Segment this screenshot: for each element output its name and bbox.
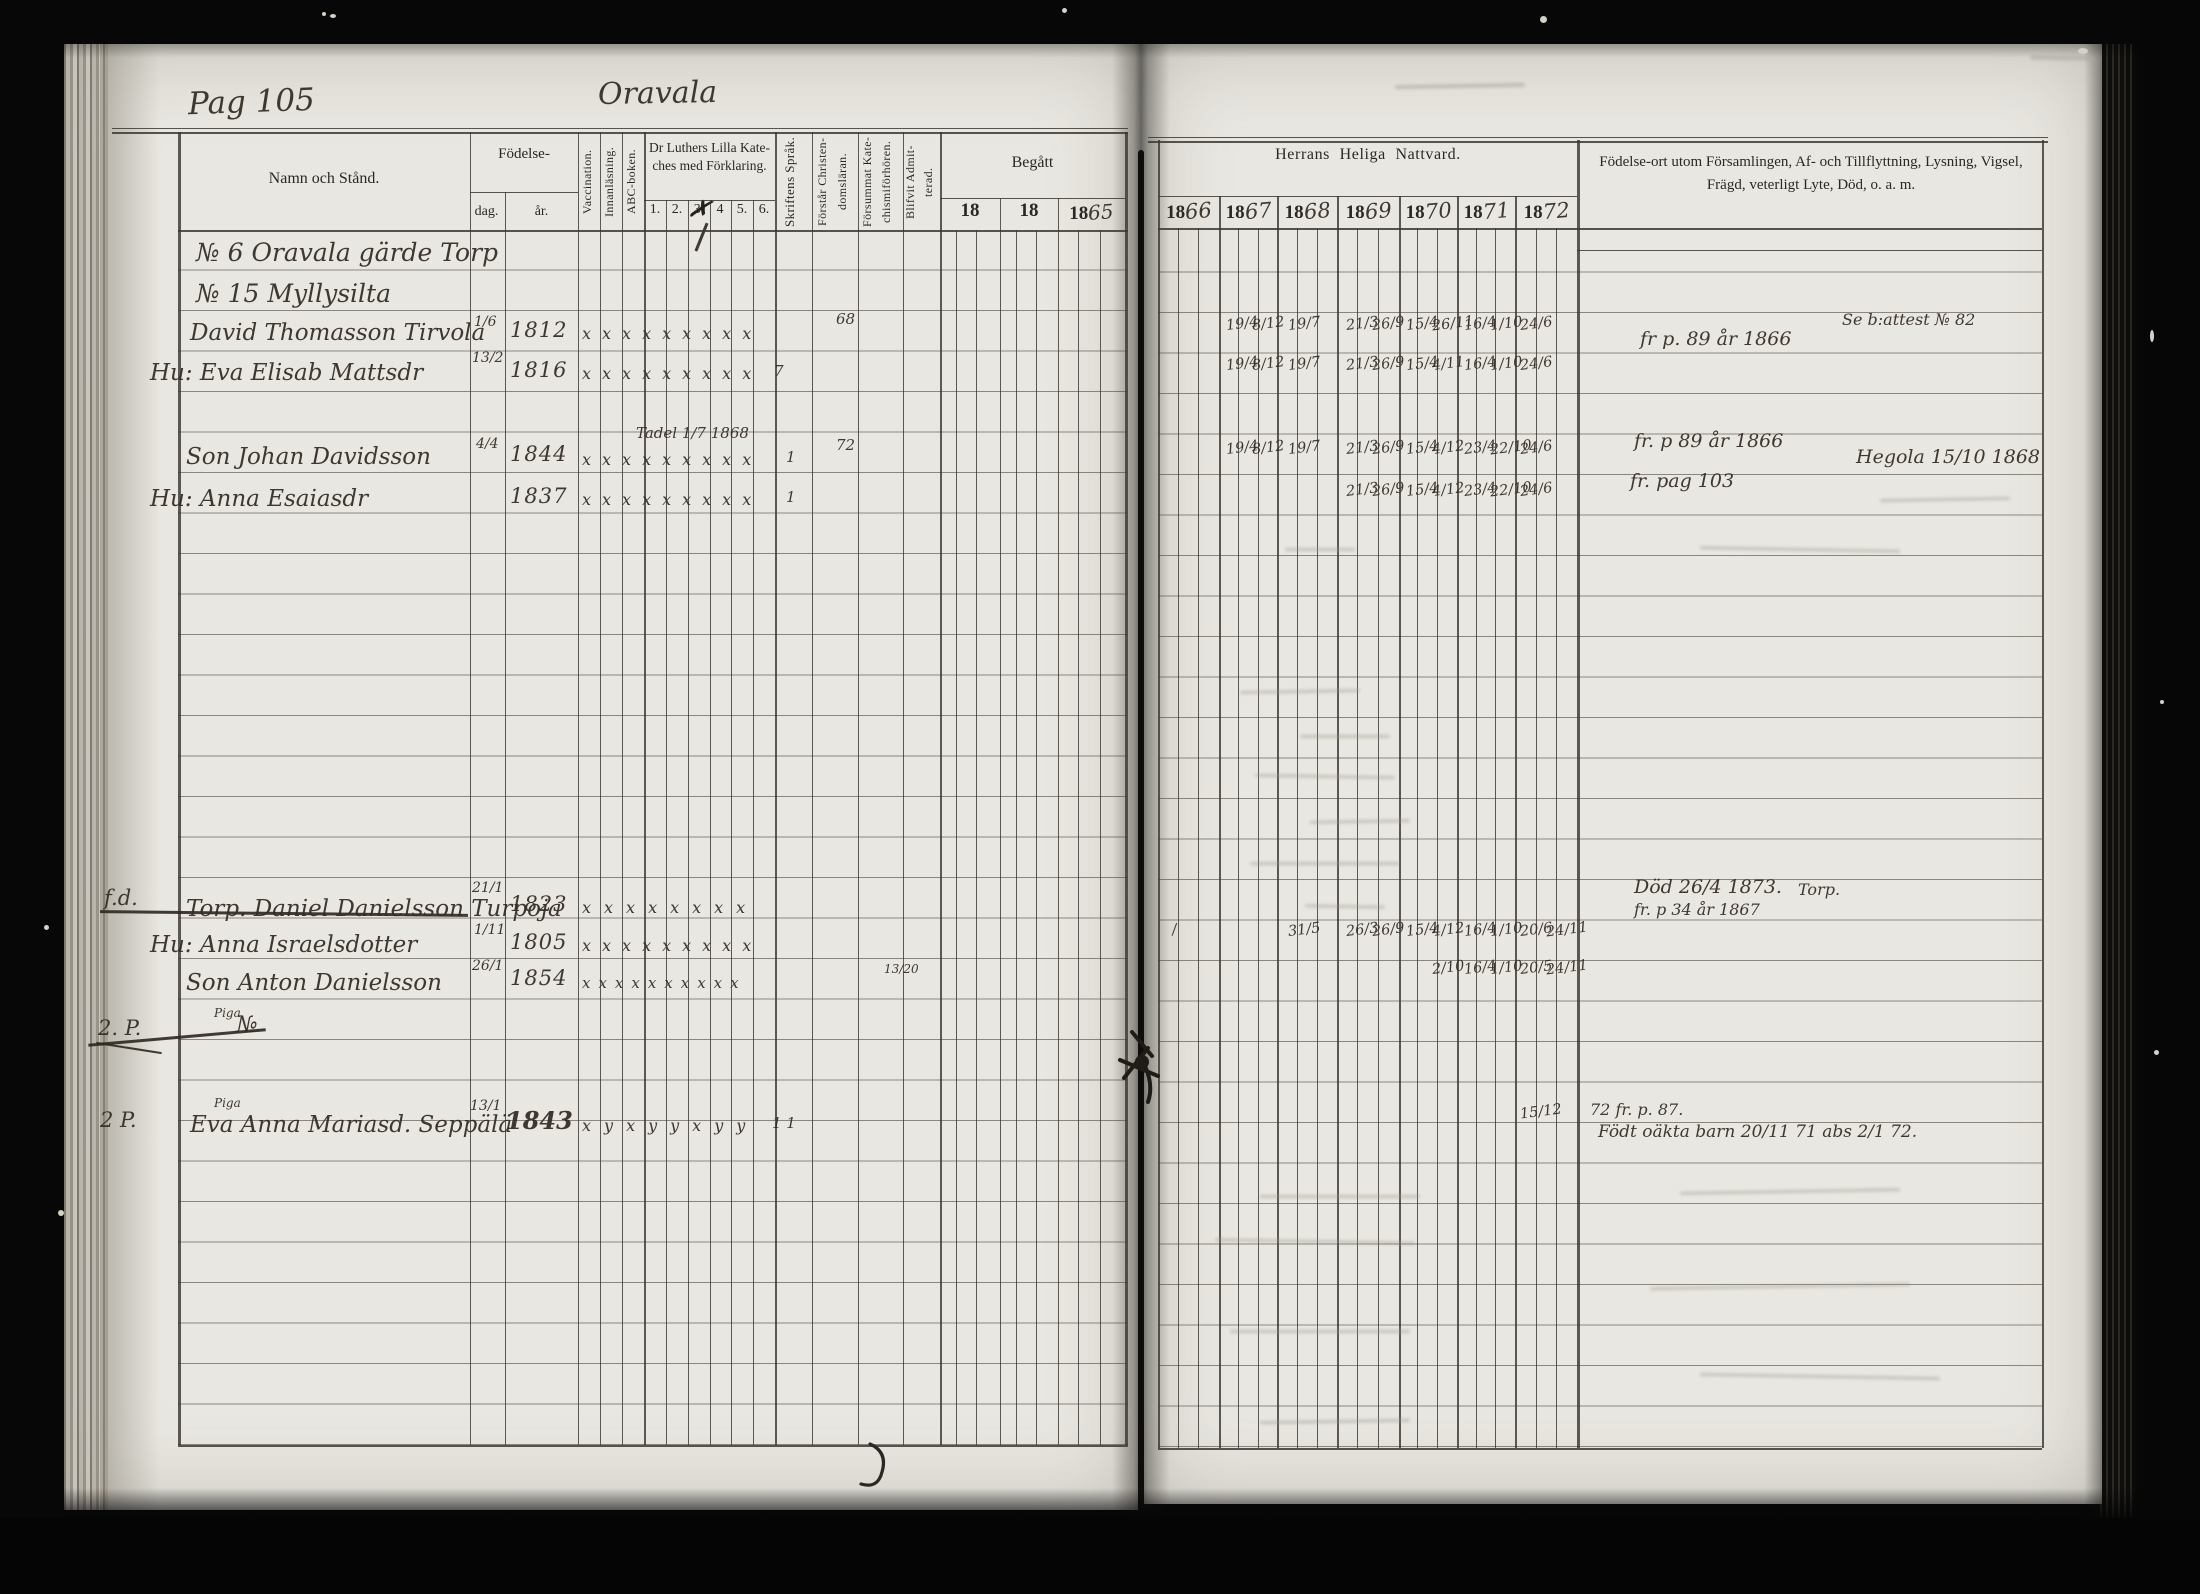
grid-vline — [858, 132, 859, 1445]
grid-vline — [775, 132, 777, 1445]
grid-vline — [753, 200, 754, 1445]
year-printed: 18 — [1069, 203, 1088, 224]
grid-hline — [1148, 141, 2048, 143]
dust-speck — [44, 925, 49, 930]
dust-speck — [58, 1210, 64, 1216]
column-header-understands-2: domsläran. — [835, 136, 853, 228]
pen-mark — [840, 1438, 892, 1496]
entry-birth-year: 1816 — [510, 358, 567, 382]
year-printed: 18 — [1346, 202, 1365, 223]
grid-vline — [1297, 228, 1298, 1448]
entry-annotation: 7 — [774, 362, 784, 380]
right-edge-streaks — [2100, 40, 2134, 1540]
entry-check-marks: xxxxxxxxx — [582, 490, 762, 509]
grid-hline — [178, 230, 1128, 232]
grid-vline — [1357, 228, 1358, 1448]
entry-birth-year: 1837 — [510, 484, 567, 508]
bleed-through — [1230, 1330, 1410, 1333]
grid-vline — [1158, 140, 1160, 1448]
catechism-subcol-label: 5. — [732, 202, 752, 218]
right-year-cell: 1868 — [1278, 199, 1337, 224]
dust-speck — [322, 12, 326, 16]
grid-vline — [1078, 230, 1079, 1445]
frame-right — [2140, 0, 2200, 1594]
frame-top — [0, 0, 2200, 44]
entry-check-marks: xxxxxxxxxx — [582, 974, 747, 992]
dust-speck — [2154, 1050, 2159, 1055]
entry-name: Hu: Anna Israelsdotter — [150, 932, 417, 958]
entry-birth-year: 1843 — [506, 1106, 573, 1135]
entry-birth-year: 1812 — [510, 318, 567, 342]
grid-vline — [1277, 196, 1279, 1448]
year-written: 65 — [1087, 199, 1114, 225]
page-title: Oravala — [598, 75, 718, 112]
grid-vline — [1556, 228, 1557, 1448]
entry-name: Hu: Anna Esaiasdr — [150, 486, 368, 512]
grid-vline — [1495, 228, 1496, 1448]
grid-vline — [688, 200, 689, 1445]
entry-birth-day: 1/6 — [474, 314, 497, 330]
entry-note: Torp. — [1798, 880, 1840, 899]
grid-hline — [1158, 196, 1577, 197]
right-table-rowlines — [1158, 232, 2042, 1449]
entry-house-heading: № 6 Oravala gärde Torp — [196, 238, 498, 267]
entry-note: Födt oäkta barn 20/11 71 abs 2/1 72. — [1598, 1122, 1917, 1142]
year-written: 68 — [1303, 198, 1332, 224]
entry-name: Eva Anna Mariasd. Seppälä — [190, 1112, 512, 1138]
entry-note: fr. pag 103 — [1630, 470, 1734, 492]
column-header-birth: Födelse- — [470, 146, 578, 163]
grid-vline — [710, 200, 711, 1445]
entry-note: Död 26/4 1873. — [1634, 876, 1782, 898]
grid-vline — [956, 230, 957, 1445]
page-gutter-line — [1138, 150, 1144, 1540]
catechism-subcol-label: 2. — [667, 202, 687, 218]
right-year-cell: 1872 — [1516, 199, 1577, 224]
right-year-cell: 1871 — [1458, 199, 1515, 224]
entry-annotation: 13/20 — [884, 962, 919, 976]
entry-annotation: 68 — [836, 310, 855, 328]
catechism-subcol-label: 1. — [645, 202, 665, 218]
entry-name-crossed: Torp. Daniel Danielsson Turpoja — [186, 896, 562, 922]
entry-note: fr p. 89 år 1866 — [1640, 328, 1791, 350]
column-header-vaccination: Vaccination. — [580, 136, 598, 228]
dust-speck — [1540, 16, 1547, 23]
entry-birth-year: 1823 — [510, 892, 567, 916]
grid-vline — [1515, 196, 1517, 1448]
grid-vline — [1198, 228, 1199, 1448]
column-header-abc-book: ABC-boken. — [624, 136, 642, 228]
year-printed: 18 — [1406, 202, 1425, 223]
bleed-through — [1300, 735, 1390, 738]
grid-vline — [1125, 132, 1128, 1445]
dust-speck — [2160, 700, 2164, 704]
dust-speck — [1062, 8, 1067, 13]
grid-vline — [1317, 228, 1318, 1448]
grid-hline — [1158, 1448, 2042, 1450]
entry-note: fr. p 89 år 1866 — [1634, 430, 1783, 452]
entry-note: Se b:attest № 82 — [1842, 310, 1975, 329]
grid-vline — [578, 132, 579, 1445]
entry-annotation: 72 — [836, 436, 855, 454]
grid-vline — [976, 230, 977, 1445]
grid-hline — [1148, 137, 2048, 138]
left-table-rowlines — [178, 230, 1128, 1446]
year-printed: 18 — [1226, 202, 1245, 223]
year-written: 69 — [1364, 198, 1393, 224]
bleed-through — [1285, 548, 1355, 551]
dust-speck — [330, 14, 336, 18]
entry-birth-day: 4/4 — [476, 436, 499, 452]
left-year-cell: 18 — [940, 200, 1000, 222]
entry-check-marks: xxxxxxxxx — [582, 450, 762, 469]
grid-vline — [1417, 228, 1418, 1448]
entry-note: fr. p 34 år 1867 — [1634, 900, 1760, 919]
left-page-edge-fade — [100, 44, 160, 1510]
scanned-parish-register: Pag 105 Oravala Namn och Stånd. Födelse-… — [0, 0, 2200, 1594]
grid-hline — [644, 200, 775, 201]
frame-left — [0, 0, 64, 1594]
entry-annotation: 1 — [786, 448, 796, 466]
year-printed: 18 — [1524, 202, 1543, 223]
year-printed: 18 — [1285, 202, 1304, 223]
entry-birth-day: 13/2 — [472, 350, 503, 366]
page-number: Pag 105 — [187, 82, 315, 122]
column-header-birth-year: år. — [505, 204, 578, 220]
dust-speck — [2078, 48, 2088, 54]
margin-note: f.d. — [104, 886, 138, 910]
entry-birth-year: 1844 — [510, 442, 567, 466]
year-written: 71 — [1482, 198, 1511, 224]
entry-note: 72 fr. p. 87. — [1590, 1100, 1683, 1119]
year-printed: 18 — [1166, 202, 1185, 223]
notes-header-2: Frägd, veterligt Lyte, Död, o. a. m. — [1585, 177, 2037, 194]
column-header-missed-1: Försummat Kate- — [860, 136, 878, 228]
grid-vline — [1378, 228, 1379, 1448]
left-year-cell: 18 — [1000, 200, 1058, 222]
entry-birth-day: 1/11 — [474, 922, 505, 938]
entry-annotation: Tadel 1/7 1868 — [636, 424, 749, 442]
grid-vline — [1178, 228, 1179, 1448]
year-printed: 18 — [961, 200, 980, 221]
entry-name: David Thomasson Tirvola — [190, 320, 485, 346]
entry-check-marks: xxxxxxxxx — [582, 324, 762, 343]
year-written: 66 — [1184, 198, 1213, 224]
grid-vline — [1000, 198, 1001, 1445]
grid-vline — [731, 200, 732, 1445]
grid-hline — [470, 192, 578, 193]
grid-vline — [1476, 228, 1477, 1448]
margin-note: 2. P. — [98, 1016, 141, 1040]
dust-speck — [2150, 330, 2154, 342]
grid-hline — [112, 132, 1128, 134]
column-header-reading: Innanläsning. — [602, 136, 620, 228]
margin-note: 2 P. — [100, 1108, 137, 1132]
entry-role-label: Piga — [214, 1096, 241, 1110]
notes-header-1: Födelse-ort utom Församlingen, Af- och T… — [1585, 154, 2037, 171]
grid-vline — [1437, 228, 1438, 1448]
ink-blot — [1102, 1018, 1176, 1112]
entry-check-marks: xxxxxxxxx — [582, 936, 762, 955]
entry-name: Son Johan Davidsson — [186, 444, 431, 470]
column-header-communion-left: Begått — [940, 154, 1125, 172]
grid-vline — [1058, 198, 1059, 1445]
entry-house-heading: № 15 Myllysilta — [196, 279, 391, 308]
column-header-name: Namn och Stånd. — [178, 170, 470, 188]
grid-hline — [940, 198, 1125, 199]
catechism-subcol-label: 3. — [689, 202, 709, 218]
entry-birth-day: 21/1 — [472, 880, 503, 896]
bleed-through — [1260, 1195, 1420, 1198]
grid-vline — [1219, 196, 1221, 1448]
right-year-cell: 1869 — [1338, 199, 1399, 224]
column-header-admitted-1: Blifvit Admit- — [903, 136, 921, 228]
right-year-cell: 1867 — [1220, 199, 1277, 224]
grid-hline — [1158, 228, 2042, 230]
entry-check-marks: xxxxxxxx — [582, 898, 758, 917]
grid-vline — [1258, 228, 1259, 1448]
column-header-catechism-1: Dr Luthers Lilla Kate- — [644, 140, 775, 156]
entry-annotation: 1 — [786, 488, 796, 506]
grid-vline — [2042, 140, 2044, 1448]
entry-birth-day: 26/1 — [472, 958, 503, 974]
year-written: 67 — [1244, 198, 1273, 224]
frame-bottom — [0, 1518, 2200, 1594]
catechism-subcol-label: 4 — [710, 202, 730, 218]
grid-vline — [1577, 140, 1580, 1448]
entry-name: Son Anton Danielsson — [186, 970, 442, 996]
grid-vline — [1036, 230, 1037, 1445]
grid-vline — [1016, 230, 1017, 1445]
grid-vline — [903, 132, 904, 1445]
grid-hline — [178, 1445, 1128, 1447]
grid-vline — [940, 132, 942, 1445]
column-header-birth-day: dag. — [468, 204, 505, 220]
entry-birth-year: 1854 — [510, 966, 567, 990]
year-written: 72 — [1542, 198, 1571, 224]
grid-vline — [1238, 228, 1239, 1448]
right-year-cell: 1866 — [1159, 199, 1219, 224]
catechism-subcol-label: 6. — [754, 202, 774, 218]
bottom-page-fade — [64, 1488, 2140, 1520]
entry-crossed-symbol: № — [236, 1012, 258, 1038]
column-header-script-language: Skriftens Språk. — [782, 134, 800, 230]
entry-check-marks: xyxyyxyy — [582, 1116, 758, 1135]
grid-vline — [666, 200, 667, 1445]
year-printed: 18 — [1020, 200, 1039, 221]
entry-birth-year: 1805 — [510, 930, 567, 954]
column-header-understands-1: Förstår Christen- — [815, 136, 833, 228]
entry-check-marks: xxxxxxxxx — [582, 364, 762, 383]
grid-vline — [1536, 228, 1537, 1448]
grid-vline — [505, 192, 506, 1445]
grid-vline — [1100, 230, 1101, 1445]
bleed-through — [1250, 862, 1400, 865]
top-page-shade — [64, 44, 2140, 58]
entry-name: Hu: Eva Elisab Mattsdr — [150, 360, 423, 386]
entry-note: Hegola 15/10 1868 — [1856, 446, 2040, 468]
year-printed: 18 — [1464, 202, 1483, 223]
entry-annotation: 1 1 — [772, 1114, 796, 1132]
right-page-title: Herrans Heliga Nattvard. — [1158, 146, 1578, 164]
right-year-cell: 1870 — [1400, 199, 1457, 224]
grid-hline — [112, 128, 1128, 129]
grid-vline — [178, 132, 181, 1445]
column-header-missed-2: chismiförhören. — [879, 136, 897, 228]
column-header-admitted-2: terad. — [921, 136, 939, 228]
left-year-cell: 1865 — [1058, 200, 1125, 225]
year-written: 70 — [1424, 198, 1453, 224]
grid-vline — [812, 132, 813, 1445]
column-header-catechism-2: ches med Förklaring. — [644, 158, 775, 174]
entry-birth-day: 13/1 — [470, 1098, 501, 1114]
grid-vline — [1457, 196, 1459, 1448]
grid-hline — [1577, 250, 2042, 251]
